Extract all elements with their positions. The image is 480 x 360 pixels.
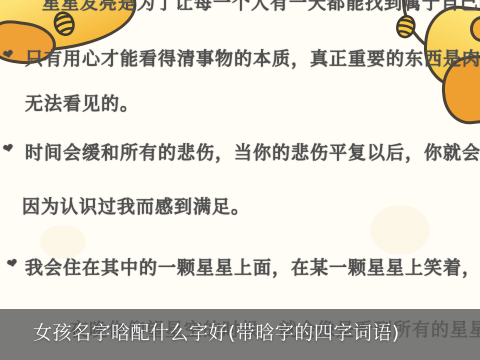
quote-line-5: 因为认识过我而感到满足。 (22, 193, 250, 219)
quote-line-3: 无法看见的。 (25, 90, 139, 116)
quote-line-1: 星星发亮是为了让每一个人有一天都能找到属于自己的星星 (42, 0, 480, 15)
quote-image: ❤ ❤ ❤ 星星发亮是为了让每一个人有一天都能找到属于自己的星星 只有用心才能看… (0, 0, 480, 360)
background-patch (370, 205, 430, 255)
heart-bullet-icon: ❤ (6, 256, 20, 273)
quote-line-6: 我会住在其中的一颗星星上面，在某一颗星星上笑着，每当 (25, 254, 480, 280)
quote-line-4: 时间会缓和所有的悲伤，当你的悲伤平复以后，你就会 (25, 139, 480, 165)
caption-title: 女孩名字晗配什么字好(带晗字的四字词语) (33, 318, 400, 345)
heart-bullet-icon: ❤ (2, 141, 16, 158)
quote-line-2: 只有用心才能看得清事物的本质，真正重要的东西是肉眼 (25, 45, 480, 71)
bee-icon (392, 11, 420, 41)
